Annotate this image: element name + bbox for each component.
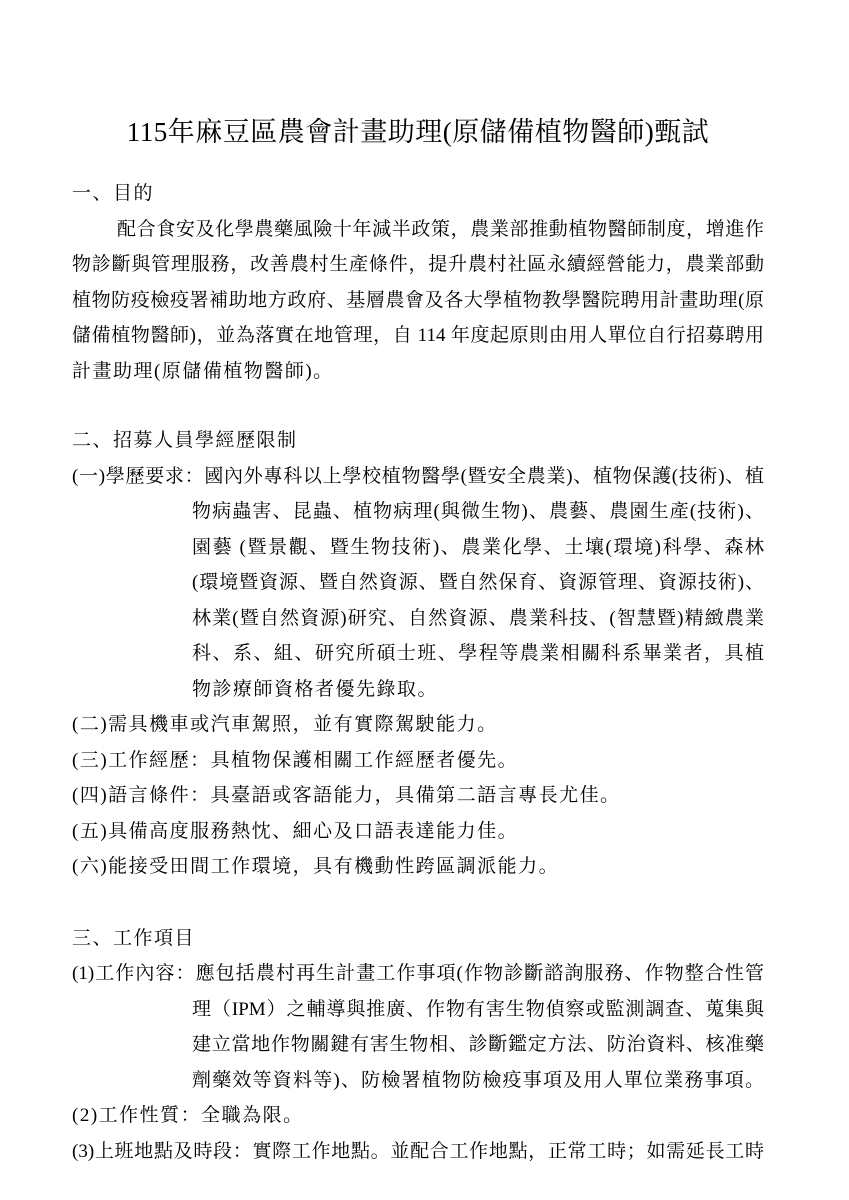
- doc-line: 劑藥效等資料等)、防檢署植物防檢疫事項及用人單位業務事項。: [72, 1063, 764, 1099]
- section-heading-qualifications: 二、招募人員學經歷限制: [72, 423, 764, 459]
- doc-line: 植物防疫檢疫署補助地方政府、基層農會及各大學植物教學醫院聘用計畫助理(原: [72, 283, 764, 319]
- section-heading-job-items: 三、工作項目: [72, 921, 764, 957]
- doc-line: 物病蟲害、昆蟲、植物病理(與微生物)、農藝、農園生產(技術)、: [72, 494, 764, 530]
- doc-line: (2)工作性質：全職為限。: [72, 1098, 764, 1134]
- document-page: 一、目的 115年麻豆區農會計畫助理(原儲備植物醫師)甄試 一、目的 配合食安及…: [0, 0, 849, 1200]
- section-heading-purpose: 一、目的: [72, 176, 764, 212]
- doc-line: (四)語言條件：具臺語或客語能力，具備第二語言專長尤佳。: [72, 778, 764, 814]
- doc-line: 配合食安及化學農藥風險十年減半政策，農業部推動植物醫師制度，增進作: [72, 212, 764, 248]
- doc-line: 儲備植物醫師)，並為落實在地管理，自 114 年度起原則由用人單位自行招募聘用: [72, 318, 764, 354]
- doc-line: (環境暨資源、暨自然資源、暨自然保育、資源管理、資源技術)、: [72, 565, 764, 601]
- doc-line: (五)具備高度服務熱忱、細心及口語表達能力佳。: [72, 814, 764, 850]
- doc-line: 理（IPM）之輔導與推廣、作物有害生物偵察或監測調查、蒐集與: [72, 992, 764, 1028]
- doc-line: (二)需具機車或汽車駕照，並有實際駕駛能力。: [72, 707, 764, 743]
- document-title: 115年麻豆區農會計畫助理(原儲備植物醫師)甄試: [72, 112, 764, 152]
- doc-line: 物診療師資格者優先錄取。: [72, 672, 764, 708]
- doc-line: 計畫助理(原儲備植物醫師)。: [72, 354, 764, 390]
- doc-line: 物診斷與管理服務，改善農村生產條件，提升農村社區永續經營能力，農業部動: [72, 247, 764, 283]
- doc-line: (1)工作內容：應包括農村再生計畫工作事項(作物診斷諮詢服務、作物整合性管: [72, 956, 764, 992]
- doc-line: (3)上班地點及時段：實際工作地點。並配合工作地點，正常工時；如需延長工時: [72, 1134, 764, 1170]
- doc-line: 科、系、組、研究所碩士班、學程等農業相關科系畢業者，具植: [72, 636, 764, 672]
- doc-line: (六)能接受田間工作環境，具有機動性跨區調派能力。: [72, 849, 764, 885]
- doc-line: (三)工作經歷：具植物保護相關工作經歷者優先。: [72, 743, 764, 779]
- doc-line: (一)學歷要求：國內外專科以上學校植物醫學(暨安全農業)、植物保護(技術)、植: [72, 459, 764, 495]
- doc-line: 林業(暨自然資源)研究、自然資源、農業科技、(智慧暨)精緻農業: [72, 601, 764, 637]
- doc-line: 園藝 (暨景觀、暨生物技術)、農業化學、土壤(環境)科學、森林: [72, 530, 764, 566]
- doc-line: 建立當地作物關鍵有害生物相、診斷鑑定方法、防治資料、核准藥: [72, 1027, 764, 1063]
- document-content: 一、目的 115年麻豆區農會計畫助理(原儲備植物醫師)甄試 一、目的 配合食安及…: [72, 112, 764, 1169]
